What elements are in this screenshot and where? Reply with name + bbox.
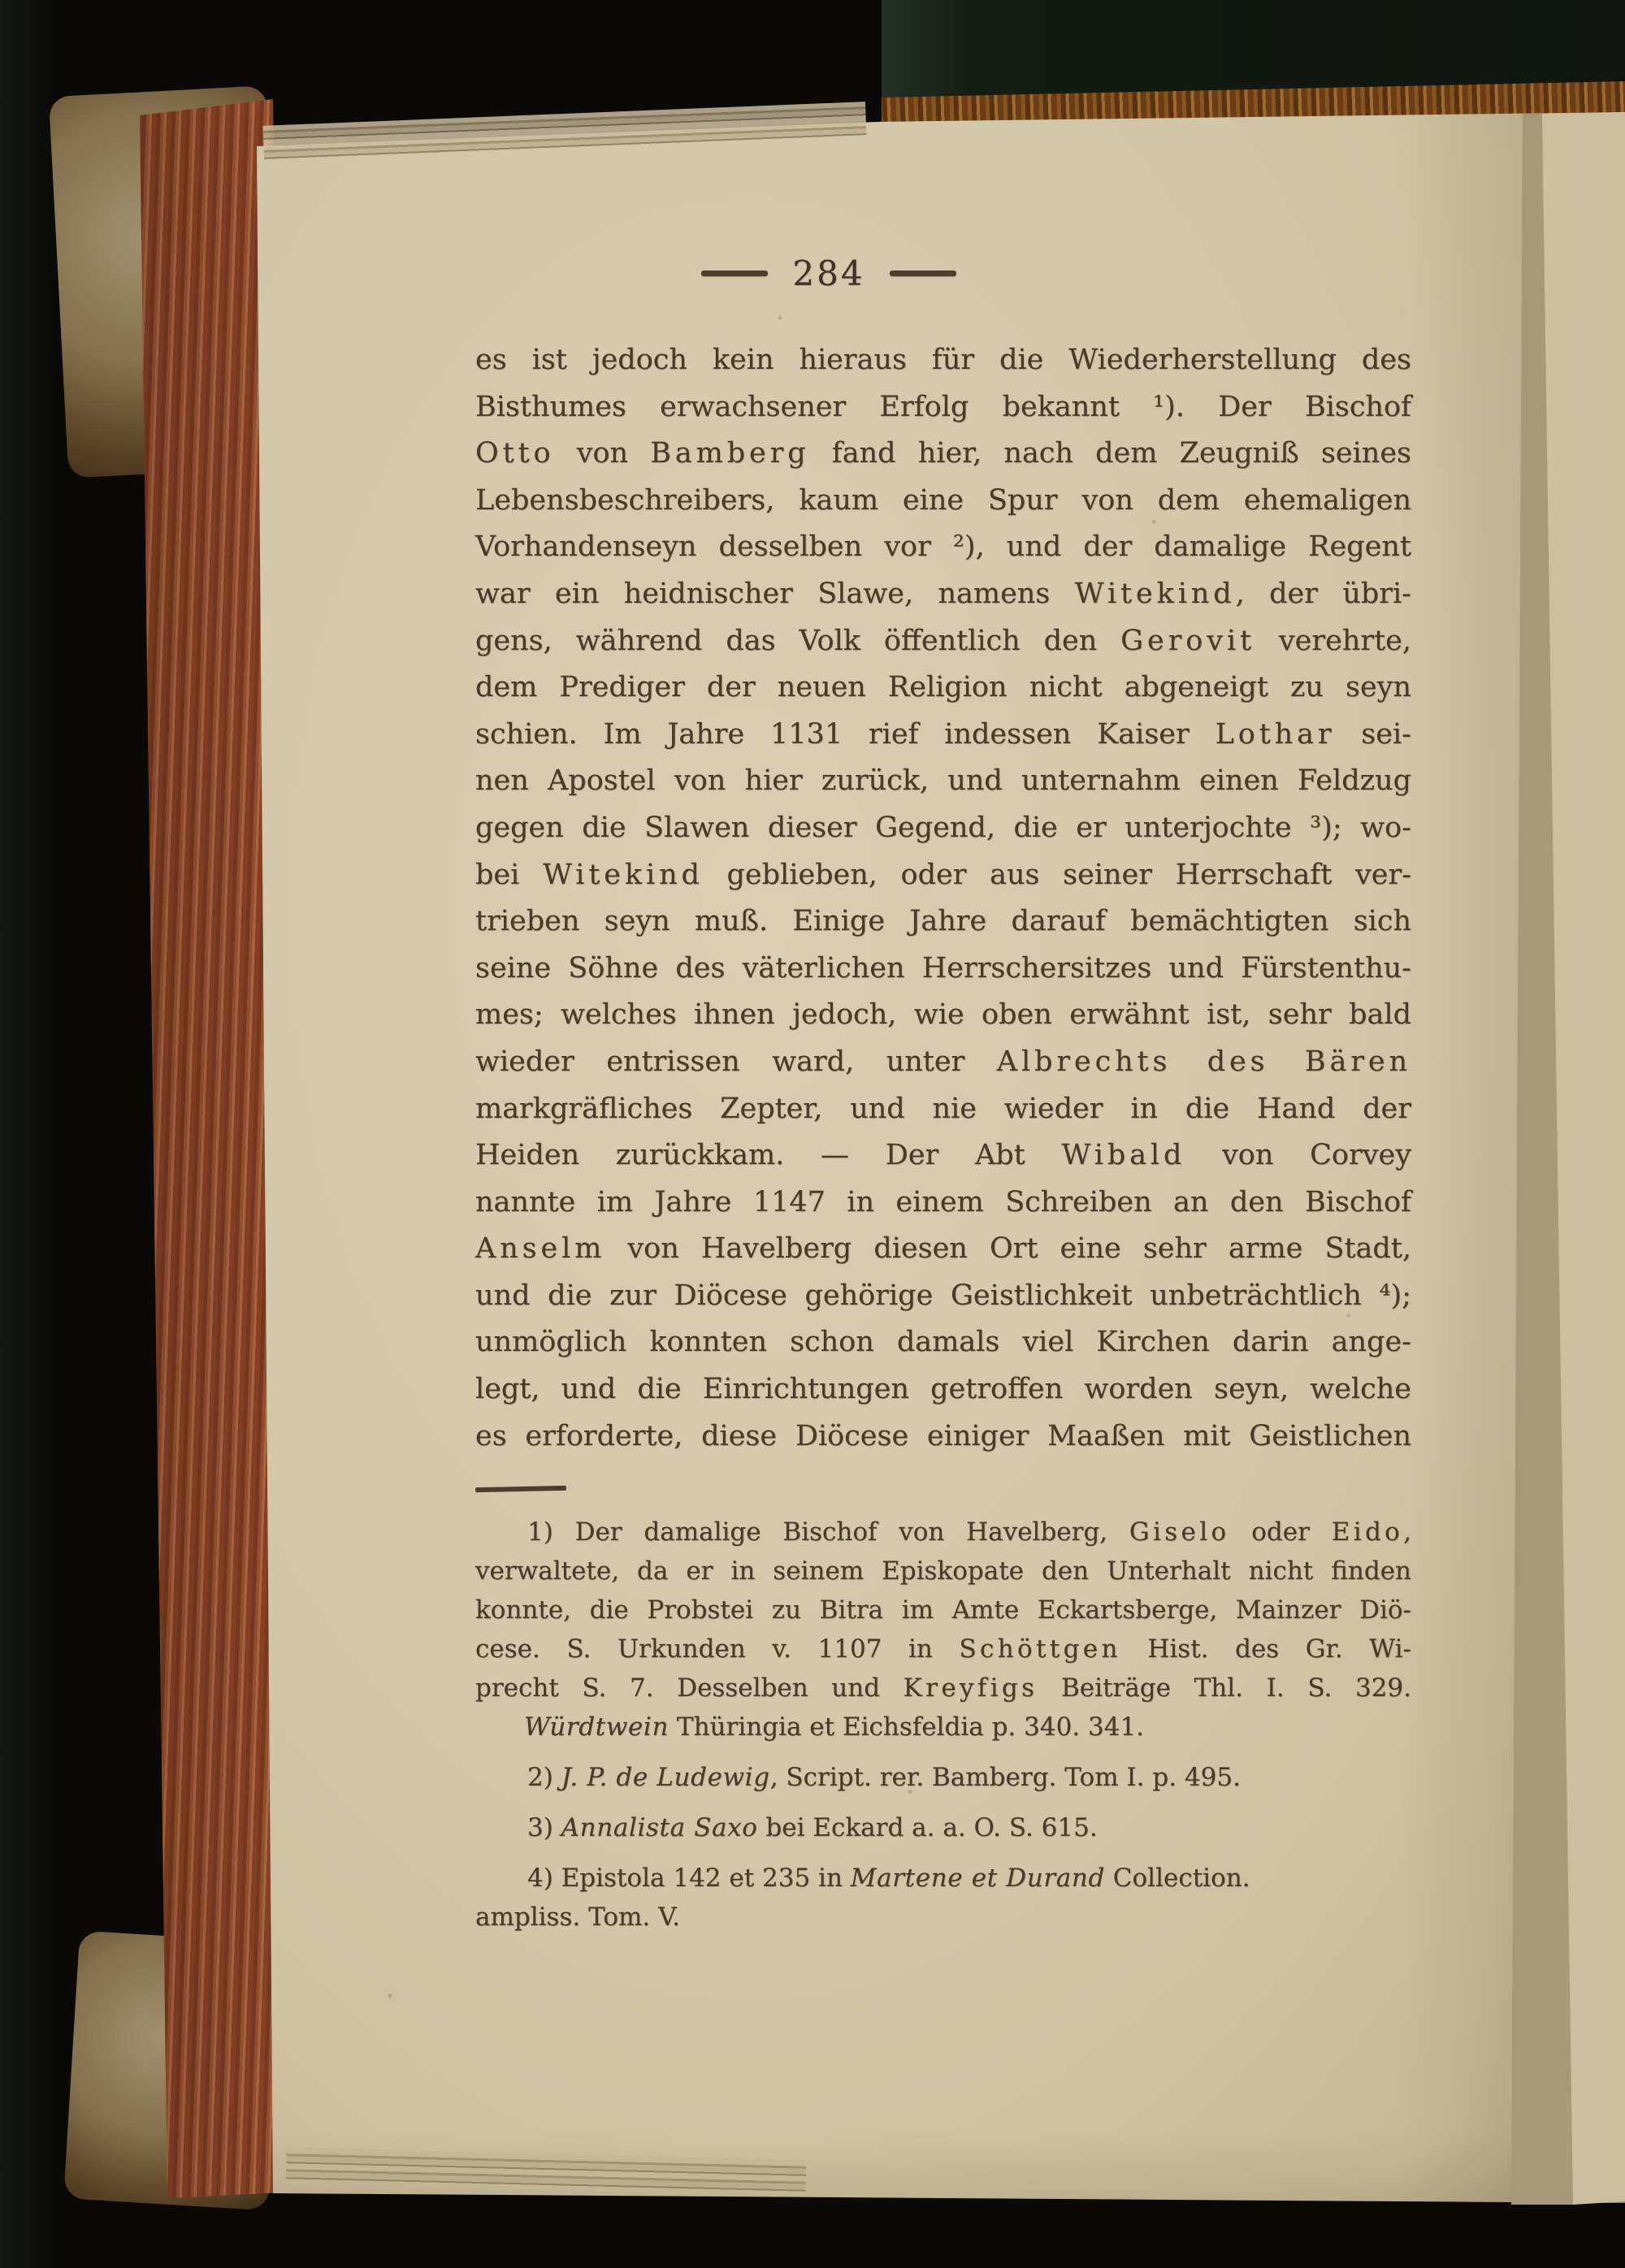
footnote-1: 1) Der damalige Bischof von Havelberg, G…	[475, 1513, 1411, 1746]
footnote-line: 4) Epistola 142 et 235 in Martene et Dur…	[475, 1859, 1411, 1898]
backdrop-cloth	[0, 0, 57, 2268]
footnote-line: verwaltete, da er in seinem Episkopate d…	[475, 1552, 1411, 1591]
footnote-line: ampliss. Tom. V.	[475, 1898, 1411, 1937]
body-line: gegen die Slawen dieser Gegend, die er u…	[475, 805, 1411, 852]
footnote-3: 3) Annalista Saxo bei Eckard a. a. O. S.…	[475, 1808, 1411, 1847]
body-line: mes; welches ihnen jedoch, wie oben erwä…	[475, 992, 1411, 1039]
footnote-line: 3) Annalista Saxo bei Eckard a. a. O. S.…	[475, 1808, 1411, 1847]
body-line: Otto von Bamberg fand hier, nach dem Zeu…	[475, 431, 1411, 478]
footnotes: 1) Der damalige Bischof von Havelberg, G…	[475, 1513, 1411, 1948]
body-line: dem Prediger der neuen Religion nicht ab…	[475, 664, 1411, 712]
body-text: es ist jedoch kein hieraus für die Wiede…	[475, 337, 1411, 1460]
footnote-4: 4) Epistola 142 et 235 in Martene et Dur…	[475, 1859, 1411, 1937]
body-line: es ist jedoch kein hieraus für die Wiede…	[475, 337, 1411, 384]
body-line: Lebensbeschreibers, kaum eine Spur von d…	[475, 478, 1411, 525]
page-number-rule-right	[890, 271, 956, 276]
body-line: und die zur Diöcese gehörige Geistlichke…	[475, 1273, 1411, 1320]
body-line: schien. Im Jahre 1131 rief indessen Kais…	[475, 712, 1411, 759]
book-scan: 284 es ist jedoch kein hieraus für die W…	[0, 0, 1625, 2268]
footnote-line: 2) J. P. de Ludewig, Script. rer. Bamber…	[475, 1758, 1411, 1797]
page-header: 284	[341, 253, 1316, 293]
body-line: gens, während das Volk öffentlich den Ge…	[475, 618, 1411, 665]
body-line: Heiden zurückkam. — Der Abt Wibald von C…	[475, 1132, 1411, 1179]
body-line: unmöglich konnten schon damals viel Kirc…	[475, 1319, 1411, 1366]
body-line: Vorhandenseyn desselben vor ²), und der …	[475, 524, 1411, 571]
footnote-line: precht S. 7. Desselben und Kreyfigs Beit…	[475, 1669, 1411, 1707]
footnote-line: Würdtwein Thüringia et Eichsfeldia p. 34…	[475, 1707, 1411, 1746]
body-line: war ein heidnischer Slawe, namens Witeki…	[475, 571, 1411, 618]
body-line: wieder entrissen ward, unter Albrechts d…	[475, 1039, 1411, 1086]
body-line: seine Söhne des väterlichen Herrschersit…	[475, 946, 1411, 993]
body-line: nen Apostel von hier zurück, und unterna…	[475, 758, 1411, 805]
page-number-rule-left	[701, 271, 768, 276]
body-line: Bisthumes erwachsener Erfolg bekannt ¹).…	[475, 384, 1411, 431]
body-line: es erforderte, diese Diöcese einiger Maa…	[475, 1413, 1411, 1461]
footnote-line: cese. S. Urkunden v. 1107 in Schöttgen H…	[475, 1630, 1411, 1669]
body-line: legt, und die Einrichtungen getroffen wo…	[475, 1366, 1411, 1413]
footnote-line: 1) Der damalige Bischof von Havelberg, G…	[475, 1513, 1411, 1552]
body-line: markgräfliches Zepter, und nie wieder in…	[475, 1086, 1411, 1133]
body-line: bei Witekind geblieben, oder aus seiner …	[475, 852, 1411, 899]
page-number: 284	[792, 253, 864, 293]
body-line: trieben seyn muß. Einige Jahre darauf be…	[475, 898, 1411, 946]
body-line: Anselm von Havelberg diesen Ort eine seh…	[475, 1226, 1411, 1273]
body-line: nannte im Jahre 1147 in einem Schreiben …	[475, 1179, 1411, 1227]
footnote-line: konnte, die Probstei zu Bitra im Amte Ec…	[475, 1591, 1411, 1630]
footnote-2: 2) J. P. de Ludewig, Script. rer. Bamber…	[475, 1758, 1411, 1797]
